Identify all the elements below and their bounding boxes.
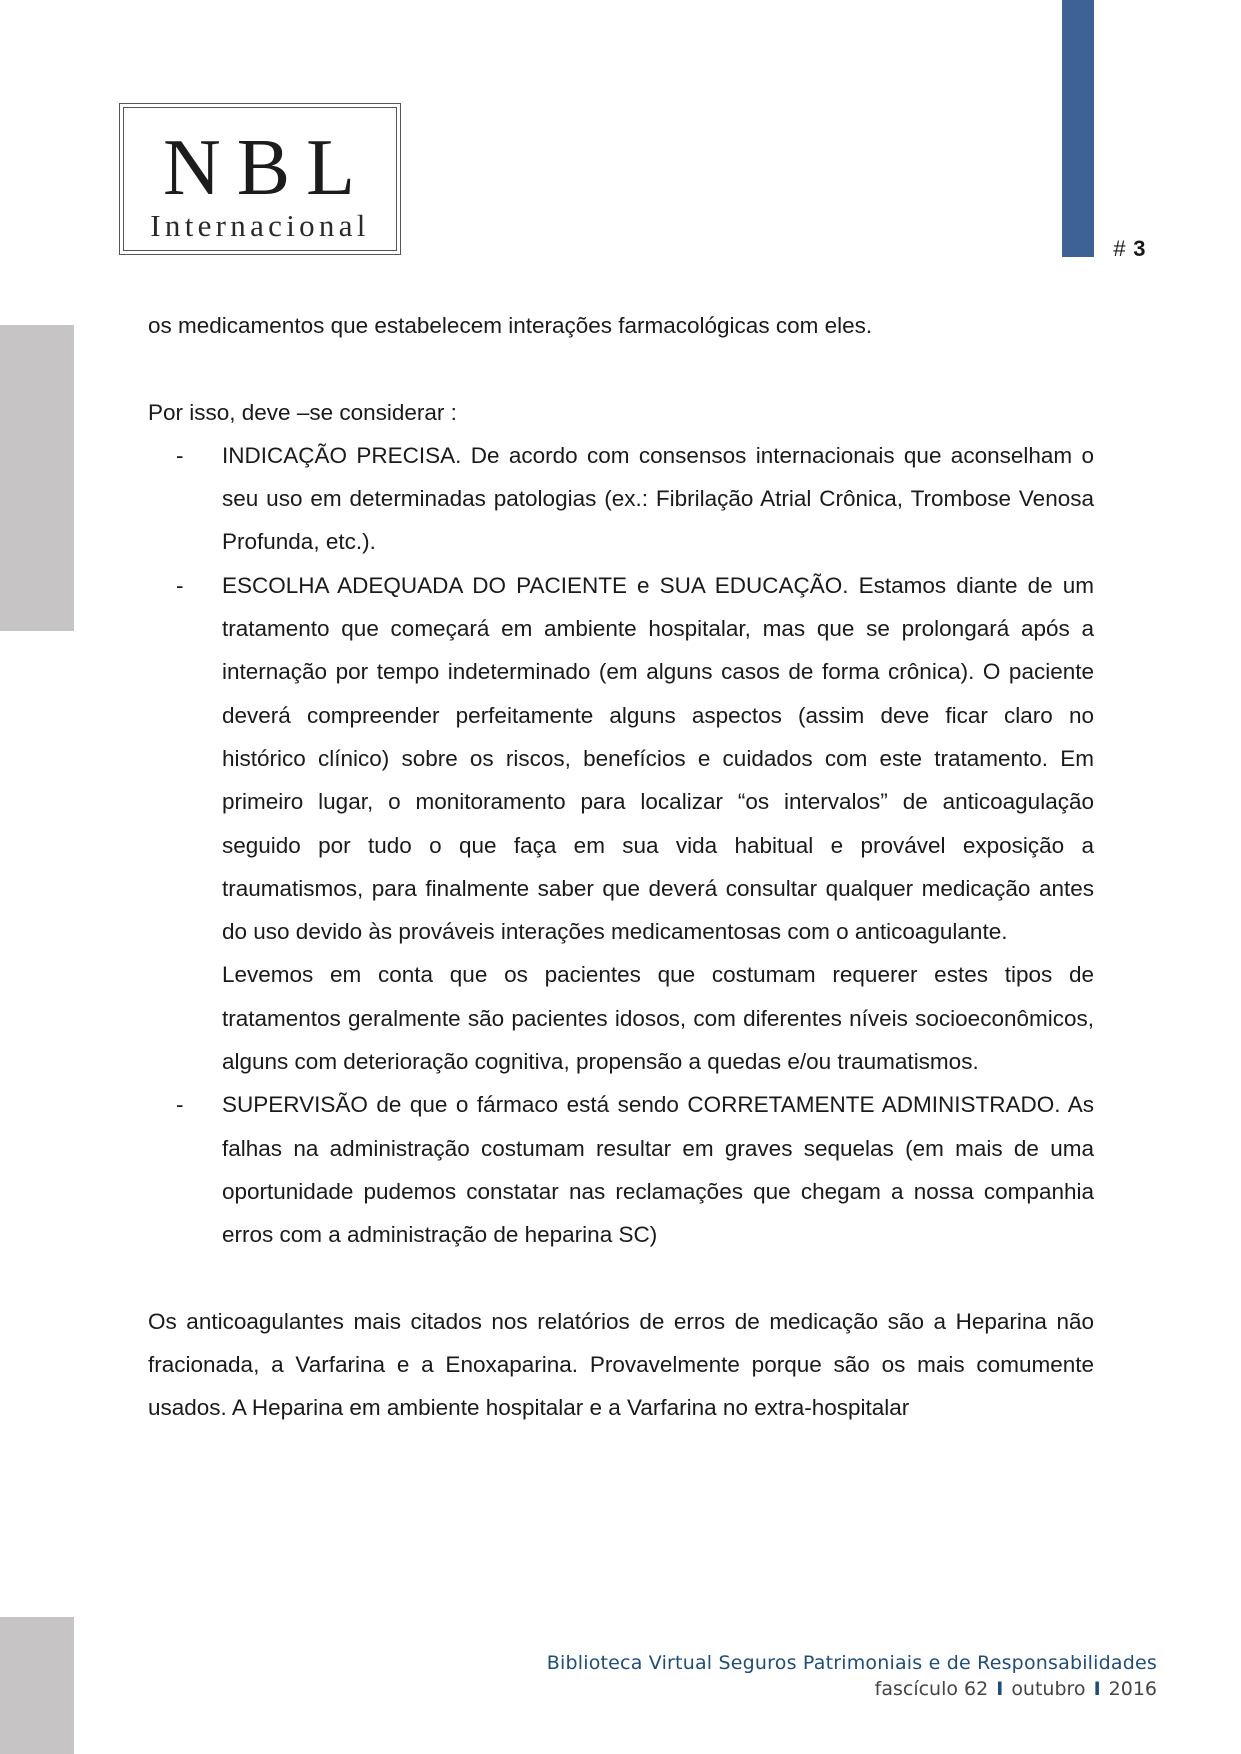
lead-paragraph: Por isso, deve –se considerar : (148, 391, 1094, 434)
footer-separator: I (1094, 1678, 1101, 1700)
logo-main-text: NBL (138, 108, 396, 208)
list-item-text: Levemos em conta que os pacientes que co… (222, 953, 1094, 1083)
list-item-supervisao: - SUPERVISÃO de que o fármaco está sendo… (148, 1083, 1094, 1256)
footer-month: outubro (1011, 1678, 1085, 1700)
page-number-prefix: # (1113, 236, 1125, 261)
list-item-text: ESCOLHA ADEQUADA DO PACIENTE e SUA EDUCA… (222, 564, 1094, 954)
footer-issue-info: fascículo 62IoutubroI2016 (547, 1676, 1157, 1702)
list-item-text: INDICAÇÃO PRECISA. De acordo com consens… (222, 434, 1094, 564)
document-body: os medicamentos que estabelecem interaçõ… (148, 304, 1094, 1430)
side-decoration-bar-bottom (0, 1617, 74, 1754)
header-accent-bar (1062, 0, 1094, 257)
list-item-indicacao: - INDICAÇÃO PRECISA. De acordo com conse… (148, 434, 1094, 564)
page-number-value: 3 (1133, 236, 1145, 261)
logo-sub-text: Internacional (124, 210, 396, 241)
list-item-text: SUPERVISÃO de que o fármaco está sendo C… (222, 1083, 1094, 1256)
considerations-list: - INDICAÇÃO PRECISA. De acordo com conse… (148, 434, 1094, 1257)
list-item-escolha: - ESCOLHA ADEQUADA DO PACIENTE e SUA EDU… (148, 564, 1094, 1084)
footer-issue: fascículo 62 (875, 1678, 989, 1700)
side-decoration-bar-top (0, 325, 74, 631)
footer-title: Biblioteca Virtual Seguros Patrimoniais … (547, 1650, 1157, 1676)
page-number: #3 (1113, 236, 1146, 262)
list-marker: - (176, 434, 184, 477)
footer-separator: I (996, 1678, 1003, 1700)
nbl-logo: NBL Internacional (119, 103, 401, 255)
intro-paragraph: os medicamentos que estabelecem interaçõ… (148, 304, 1094, 347)
list-marker: - (176, 1083, 184, 1126)
closing-paragraph: Os anticoagulantes mais citados nos rela… (148, 1300, 1094, 1430)
list-marker: - (176, 564, 184, 607)
page-footer: Biblioteca Virtual Seguros Patrimoniais … (547, 1650, 1157, 1702)
footer-year: 2016 (1109, 1678, 1157, 1700)
